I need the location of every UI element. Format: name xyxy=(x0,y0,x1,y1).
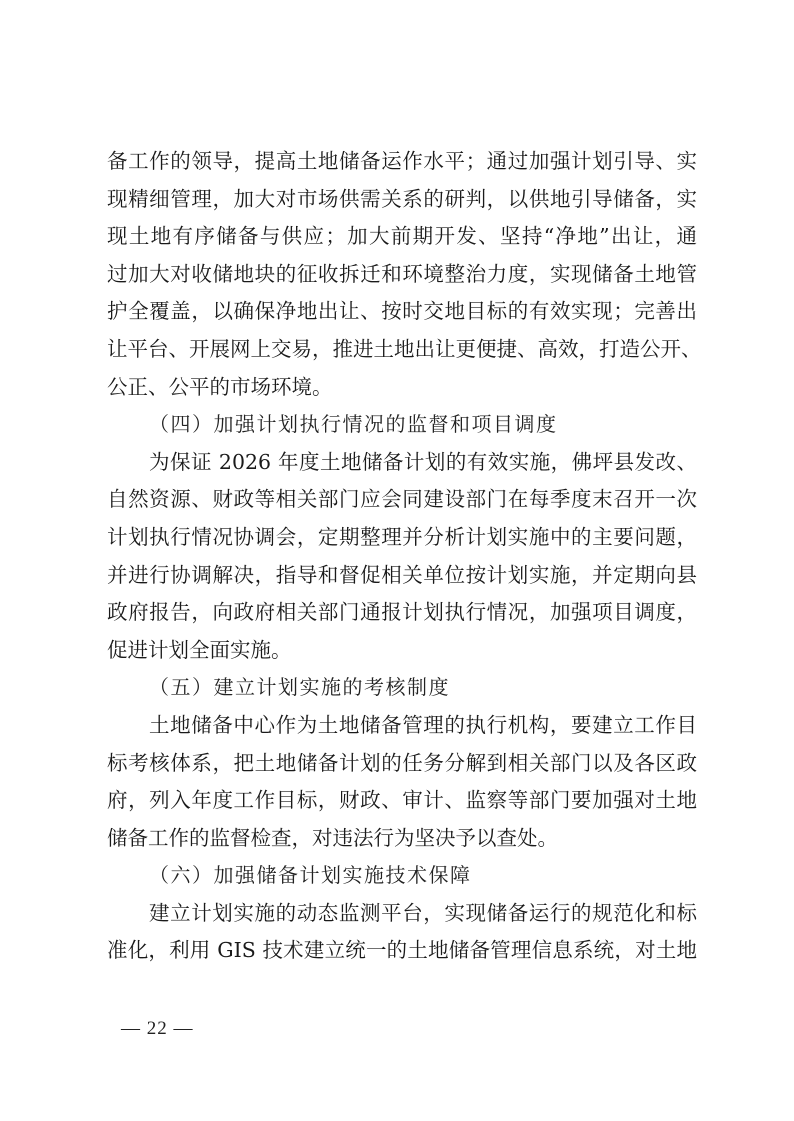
text-line: 土地储备中心作为土地储备管理的执行机构，要建立工作目 xyxy=(107,707,697,745)
text-line: 自然资源、财政等相关部门应会同建设部门在每季度末召开一次 xyxy=(107,481,697,519)
text-line: 准化，利用 GIS 技术建立统一的土地储备管理信息系统，对土地 xyxy=(107,932,697,970)
paragraph-assessment: 土地储备中心作为土地储备管理的执行机构，要建立工作目 标考核体系，把土地储备计划… xyxy=(107,707,697,857)
text-line: 备工作的领导，提高土地储备运作水平；通过加强计划引导、实 xyxy=(107,143,697,181)
text-line: 护全覆盖，以确保净地出让、按时交地目标的有效实现；完善出 xyxy=(107,293,697,331)
paragraph-supervision: 为保证 2026 年度土地储备计划的有效实施，佛坪县发改、 自然资源、财政等相关… xyxy=(107,444,697,670)
section-heading-4: （四）加强计划执行情况的监督和项目调度 xyxy=(107,406,697,444)
text-line: 建立计划实施的动态监测平台，实现储备运行的规范化和标 xyxy=(107,895,697,933)
text-line: 计划执行情况协调会，定期整理并分析计划实施中的主要问题， xyxy=(107,519,697,557)
section-heading-5: （五）建立计划实施的考核制度 xyxy=(107,669,697,707)
text-line: 公正、公平的市场环境。 xyxy=(107,369,697,407)
text-line: 让平台、开展网上交易，推进土地出让更便捷、高效，打造公开、 xyxy=(107,331,697,369)
text-line: 府，列入年度工作目标，财政、审计、监察等部门要加强对土地 xyxy=(107,782,697,820)
paragraph-continuation: 备工作的领导，提高土地储备运作水平；通过加强计划引导、实 现精细管理，加大对市场… xyxy=(107,143,697,406)
text-line: 过加大对收储地块的征收拆迁和环境整治力度，实现储备土地管 xyxy=(107,256,697,294)
text-line: 储备工作的监督检查，对违法行为坚决予以查处。 xyxy=(107,820,697,858)
text-line: 为保证 2026 年度土地储备计划的有效实施，佛坪县发改、 xyxy=(107,444,697,482)
text-line: 标考核体系，把土地储备计划的任务分解到相关部门以及各区政 xyxy=(107,745,697,783)
page-number: — 22 — xyxy=(121,1018,194,1040)
text-line: 政府报告，向政府相关部门通报计划执行情况，加强项目调度， xyxy=(107,594,697,632)
paragraph-technical-support: 建立计划实施的动态监测平台，实现储备运行的规范化和标 准化，利用 GIS 技术建… xyxy=(107,895,697,970)
section-heading-6: （六）加强储备计划实施技术保障 xyxy=(107,857,697,895)
text-line: 并进行协调解决，指导和督促相关单位按计划实施，并定期向县 xyxy=(107,557,697,595)
document-page: 备工作的领导，提高土地储备运作水平；通过加强计划引导、实 现精细管理，加大对市场… xyxy=(107,143,697,970)
text-line: 促进计划全面实施。 xyxy=(107,632,697,670)
text-line: 现精细管理，加大对市场供需关系的研判，以供地引导储备，实 xyxy=(107,181,697,219)
text-line: 现土地有序储备与供应；加大前期开发、坚持“净地”出让，通 xyxy=(107,218,697,256)
